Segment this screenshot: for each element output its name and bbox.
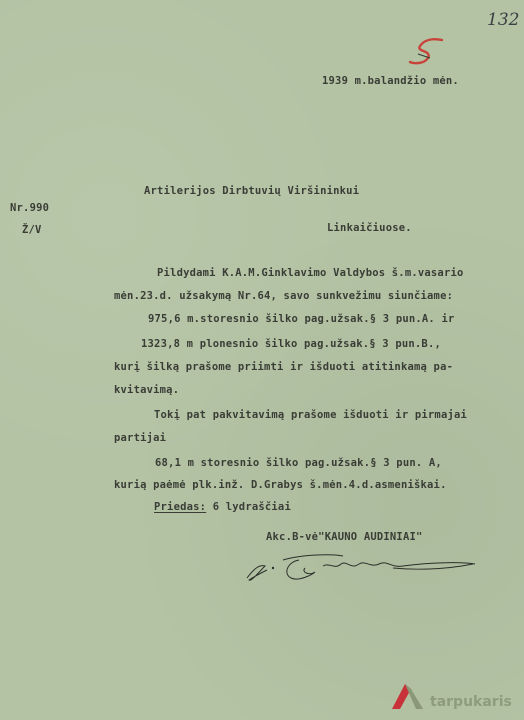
- body-line: 975,6 m.storesnio šilko pag.užsak.§ 3 pu…: [148, 314, 455, 325]
- signature: [243, 552, 493, 586]
- body-line: kurią paėmė plk.inž. D.Grabys š.mėn.4.d.…: [114, 480, 447, 491]
- body-line: Tokį pat pakvitavimą prašome išduoti ir …: [154, 410, 467, 421]
- enclosure-line: Priedas: 6 lydraščiai: [154, 502, 291, 513]
- body-line: 1323,8 m plonesnio šilko pag.užsak.§ 3 p…: [141, 339, 441, 350]
- body-line: 68,1 m storesnio šilko pag.užsak.§ 3 pun…: [155, 458, 442, 469]
- sender-line: Akc.B-vė"KAUNO AUDINIAI": [266, 532, 423, 543]
- reference-number: Nr.990: [10, 203, 49, 214]
- enclosure-label: Priedas:: [154, 501, 206, 513]
- red-pencil-mark: [402, 34, 452, 68]
- tarpukaris-logo-icon: [392, 683, 426, 709]
- document-page: 132 1939 m.balandžio mėn. Artilerijos Di…: [0, 0, 524, 720]
- reference-code: Ž/V: [22, 225, 42, 236]
- body-line: partijai: [114, 433, 166, 444]
- enclosure-value: 6 lydraščiai: [213, 501, 291, 513]
- archive-page-number: 132: [487, 10, 519, 30]
- addressee-line-2: Linkaičiuose.: [327, 223, 412, 234]
- body-line: kurį šilką prašome priimti ir išduoti at…: [114, 362, 453, 373]
- tarpukaris-logo-text: tarpukaris: [430, 695, 512, 709]
- addressee-line-1: Artilerijos Dirbtuvių Viršininkui: [144, 186, 359, 197]
- body-line: mėn.23.d. užsakymą Nr.64, savo sunkvežim…: [114, 291, 453, 302]
- tarpukaris-watermark: tarpukaris: [392, 683, 512, 709]
- body-line: kvitavimą.: [114, 385, 179, 396]
- body-line: Pildydami K.A.M.Ginklavimo Valdybos š.m.…: [157, 268, 464, 279]
- date-line: 1939 m.balandžio mėn.: [322, 76, 459, 87]
